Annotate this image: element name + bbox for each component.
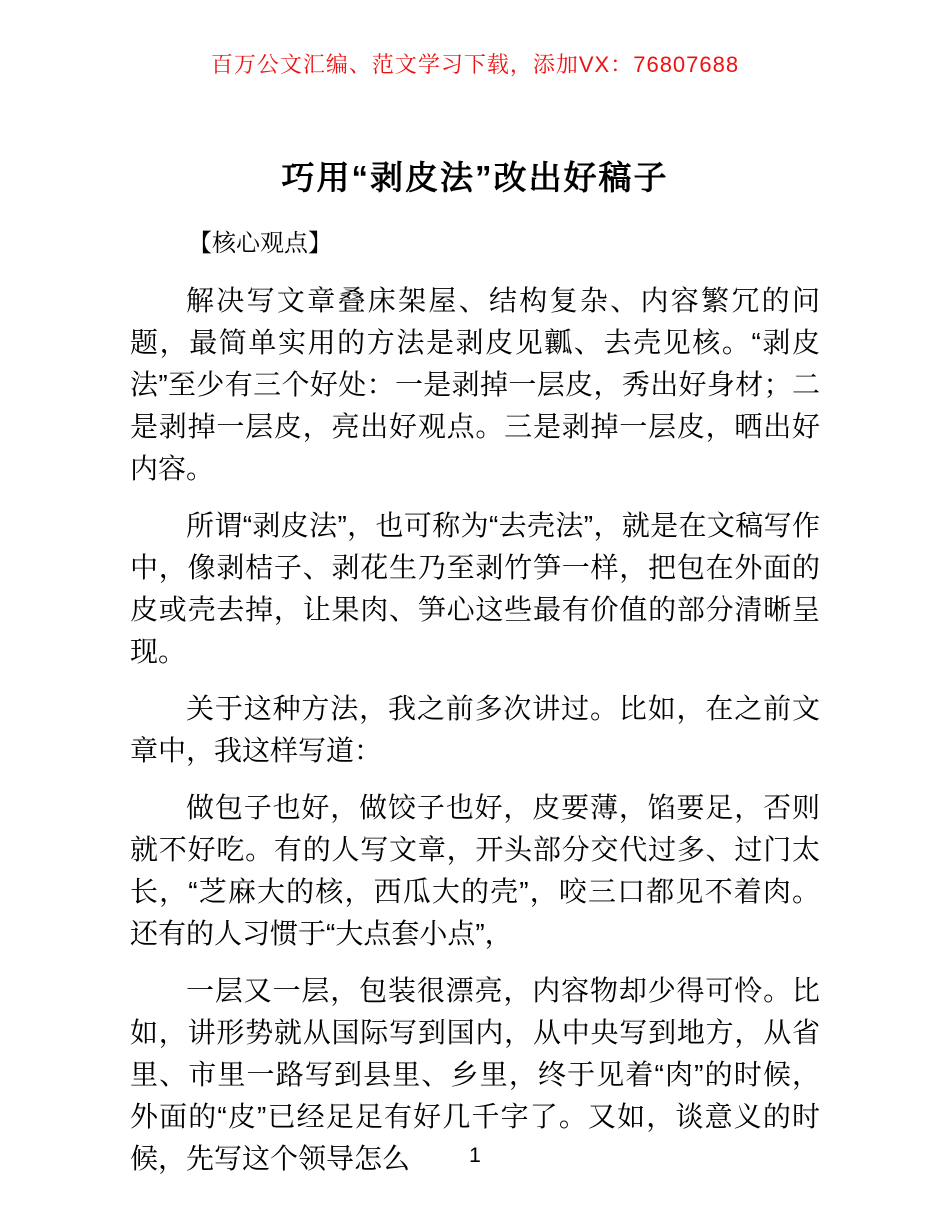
document-page: { "header": { "promo_text": "百万公文汇编、范文学习… [0,0,950,1230]
paragraph-4: 做包子也好，做饺子也好，皮要薄，馅要足，否则就不好吃。有的人写文章，开头部分交代… [130,787,820,955]
core-viewpoint-label: 【核心观点】 [130,226,820,262]
paragraph-2: 所谓“剥皮法”，也可称为“去壳法”，就是在文稿写作中，像剥桔子、剥花生乃至剥竹笋… [130,505,820,673]
paragraph-3: 关于这种方法，我之前多次讲过。比如，在之前文章中，我这样写道： [130,688,820,772]
page-number: 1 [0,1142,950,1170]
page-title: 巧用“剥皮法”改出好稿子 [130,156,820,200]
document-body: 巧用“剥皮法”改出好稿子 【核心观点】 解决写文章叠床架屋、结构复杂、内容繁冗的… [130,156,820,1195]
promo-header-text: 百万公文汇编、范文学习下载，添加VX：76807688 [0,50,950,80]
paragraph-1: 解决写文章叠床架屋、结构复杂、内容繁冗的问题，最简单实用的方法是剥皮见瓤、去壳见… [130,280,820,490]
